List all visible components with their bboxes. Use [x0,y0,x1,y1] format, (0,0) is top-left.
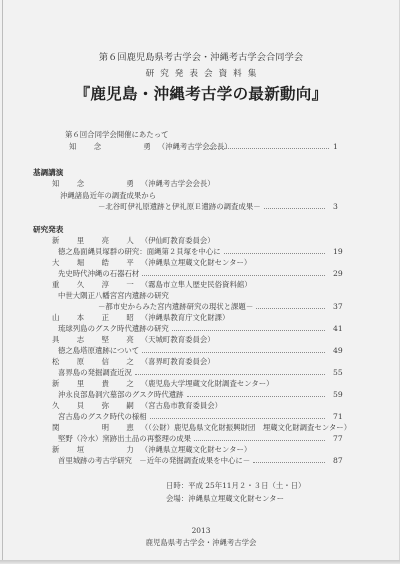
presenter: 関 明 恵（（公財）鹿児島県文化財振興財団 埋蔵文化財調査センター） [52,423,351,433]
event-date: 日時：平成 25年11月２・３日（土・日） [166,481,305,491]
presentation-title: 沖永良部島洞穴墓部のグスク時代遺跡 [58,390,184,400]
author-name: 久 貝 弥 嗣 [52,401,139,411]
presentation-title-line: 首里城跡の考古学研究 －近年の発掘調査成果を中心に－ [58,456,328,466]
author-affiliation: （喜界町教育委員会） [141,357,215,366]
page-number: 49 [333,346,357,356]
presenter: 山 本 正 昭（沖縄県教育庁文化財課） [52,313,229,323]
author-name: 新 里 亮 人 [52,236,139,246]
keynote-subtitle: －北谷町伊礼原遺跡と伊礼原Ｅ遺跡の調査成果－ [98,202,261,212]
page-number: 19 [333,247,357,257]
keynote-author: 知 念 勇（沖縄考古学会会長） [52,179,215,189]
presentation-title: 堅野（冷水）窯跡出土品の再整理の成果 [58,434,191,444]
presentation-title: 琉球列島のグスク時代遺跡の研究 [58,324,169,334]
presenter: 新 垣 力（沖縄県立埋蔵文化財センター） [52,445,251,455]
leader-dots [135,368,325,375]
footer-publisher: 鹿児島県考古学会・沖縄考古学会 [3,537,399,548]
presentation-title-line: 徳之島面縄貝塚群の研究：面縄第２貝塚を中心に [58,247,328,257]
page-number: 71 [333,412,357,422]
presentation-title: 徳之島塔原遺跡について [58,346,139,356]
page-number: 29 [333,269,357,279]
page-bottom-edge [0,560,400,564]
presentation-title-line: 喜界島の発掘調査近況 [58,368,328,378]
leader-dots [172,324,325,331]
presenter: 松 原 信 之（喜界町教育委員会） [52,357,215,367]
page-number: 37 [333,302,357,312]
presentation-title: 中世大隅正八幡宮宮内遺跡の研究 [58,291,169,301]
leader-dots [264,202,325,209]
page-number: 77 [333,434,357,444]
author-name: 知 念 勇 [52,179,139,189]
keynote-title: 沖縄諸島近年の調査成果から [60,191,156,201]
author-name: 大 堀 皓 平 [52,258,139,268]
leader-dots [187,390,325,397]
leader-dots [256,302,325,309]
keynote-subtitle-line: －北谷町伊礼原遺跡と伊礼原Ｅ遺跡の調査成果－ [98,202,328,212]
author-affiliation: （鹿児島大学埋蔵文化財調査センター） [141,379,274,388]
presenter: 大 堀 皓 平（沖縄県立埋蔵文化財センター） [52,258,251,268]
page-number: 3 [333,202,357,212]
presentation-subtitle: －都市史からみた宮内遺跡研究の現状と課題－ [98,302,253,312]
page-number: 87 [333,456,357,466]
page-number: 59 [333,390,357,400]
page-number: 55 [333,368,357,378]
section-heading-presentations: 研究発表 [33,225,63,235]
presentation-title: 宮古島のグスク時代の様相 [58,412,147,422]
presentation-title-line: 徳之島塔原遺跡について [58,346,328,356]
author-name: 重 久 淳 一 [52,280,139,290]
leader-dots [142,269,325,276]
leader-dots [142,346,325,353]
leader-dots [209,142,329,149]
opening-author: 知 念 勇（沖縄考古学会会長） [69,142,232,152]
leader-dots [253,456,325,463]
conference-name: 第６回鹿児島県考古学会・沖縄考古学会合同学会 [3,51,399,65]
author-name: 山 本 正 昭 [52,313,139,323]
author-affiliation: （霧島市立隼人歴史民俗資料館） [141,280,252,289]
opening-title: 第６回合同学会開催にあたって [65,130,168,140]
presentation-title-line: 沖永良部島洞穴墓部のグスク時代遺跡 [58,390,328,400]
presentation-title-line: 宮古島のグスク時代の様相 [58,412,328,422]
footer-year: 2013 [3,526,399,535]
presenter: 久 貝 弥 嗣（宮古島市教育委員会） [52,401,222,411]
author-affiliation: （沖縄県教育庁文化財課） [141,313,230,322]
page-number: 41 [333,324,357,334]
author-affiliation: （沖縄県立埋蔵文化財センター） [141,445,252,454]
presentation-title: 首里城跡の考古学研究 －近年の発掘調査成果を中心に－ [58,456,250,466]
presenter: 新 里 亮 人（伊仙町教育委員会） [52,236,215,246]
presenter: 新 里 貴 之（鹿児島大学埋蔵文化財調査センター） [52,379,274,389]
author-name: 具 志 堅 亮 [52,335,139,345]
proceedings-label: 研究発表会資料集 [3,68,399,80]
presentation-title: 徳之島面縄貝塚群の研究：面縄第２貝塚を中心に [58,247,221,257]
author-name: 松 原 信 之 [52,357,139,367]
author-affiliation: （天城町教育委員会） [141,335,215,344]
presentation-title-line: 堅野（冷水）窯跡出土品の再整理の成果 [58,434,328,444]
presentation-title: 先史時代沖縄の石器石材 [58,269,139,279]
document-header: 第６回鹿児島県考古学会・沖縄考古学会合同学会 研究発表会資料集 『鹿児島・沖縄考… [3,51,399,104]
leader-dots [194,434,325,441]
author-name: 新 里 貴 之 [52,379,139,389]
event-venue: 会場：沖縄県立埋蔵文化財センター [166,494,284,504]
author-name: 知 念 勇 [69,142,156,152]
author-affiliation: （沖縄考古学会会長） [141,179,215,188]
author-name: 新 垣 力 [52,445,139,455]
document-title: 『鹿児島・沖縄考古学の最新動向』 [3,84,399,104]
section-heading-keynote: 基調講演 [33,168,63,178]
page-number: 1 [333,142,357,152]
presentation-title-line: 琉球列島のグスク時代遺跡の研究 [58,324,328,334]
presentation-subtitle-line: －都市史からみた宮内遺跡研究の現状と課題－ [98,302,328,312]
document-page: 第６回鹿児島県考古学会・沖縄考古学会合同学会 研究発表会資料集 『鹿児島・沖縄考… [2,0,400,561]
leader-dots [150,412,325,419]
presentation-title-line: 先史時代沖縄の石器石材 [58,269,328,279]
author-name: 関 明 恵 [52,423,139,433]
presenter: 重 久 淳 一（霧島市立隼人歴史民俗資料館） [52,280,252,290]
presenter: 具 志 堅 亮（天城町教育委員会） [52,335,215,345]
presentation-title: 喜界島の発掘調査近況 [58,368,132,378]
author-affiliation: （沖縄県立埋蔵文化財センター） [141,258,252,267]
leader-dots [224,247,325,254]
author-affiliation: （宮古島市教育委員会） [141,401,222,410]
author-affiliation: （伊仙町教育委員会） [141,236,215,245]
author-affiliation: （（公財）鹿児島県文化財振興財団 埋蔵文化財調査センター） [141,423,351,432]
